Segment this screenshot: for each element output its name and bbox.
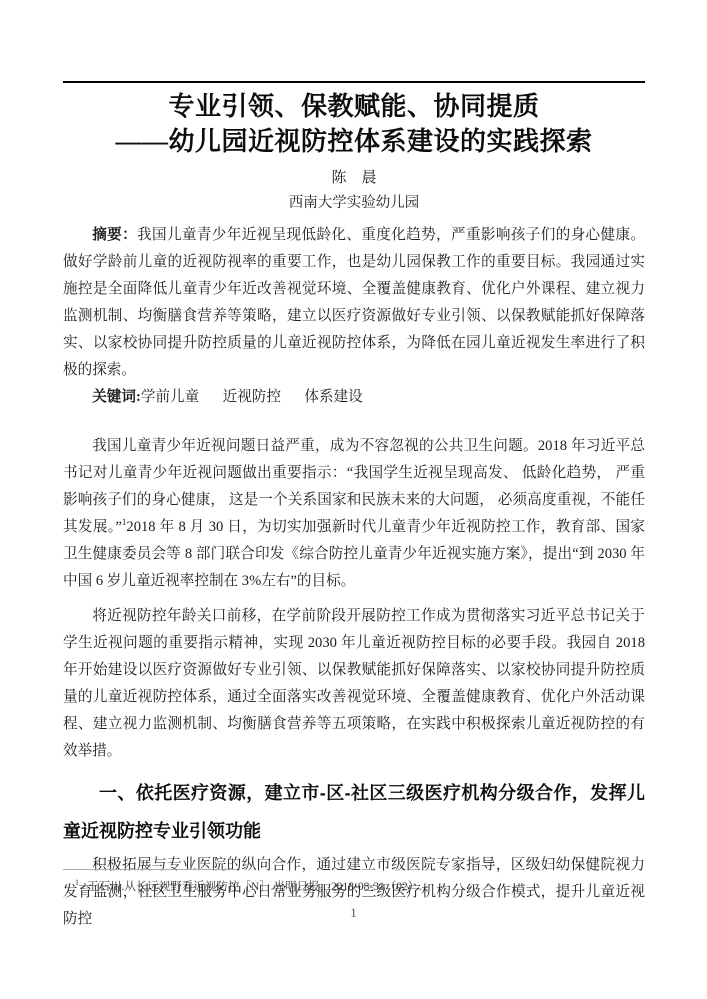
author: 陈 晨 <box>63 168 645 189</box>
abstract-text: 我国儿童青少年近视呈现低龄化、重度化趋势，严重影响孩子们的身心健康。做好学龄前儿… <box>63 227 645 378</box>
abstract-label: 摘要： <box>92 227 137 243</box>
section-1-heading: 一、依托医疗资源，建立市-区-社区三级医疗机构分级合作，发挥儿童近视防控专业引领… <box>63 774 645 850</box>
keywords-line: 关键词:学前儿童近视防控体系建设 <box>63 384 645 411</box>
keyword-item: 体系建设 <box>304 389 362 405</box>
affiliation: 西南大学实验幼儿园 <box>63 193 645 214</box>
body-paragraph-2: 将近视防控年龄关口前移，在学前阶段开展防控工作成为贯彻落实习近平总书记关于学生近… <box>63 603 645 765</box>
footnote-1: 1王石川.从长远视野看近视防控［N］.光明日报，2018-08-31（02）. <box>63 879 645 895</box>
body-paragraph-1: 我国儿童青少年近视问题日益严重，成为不容忽视的公共卫生问题。2018 年习近平总… <box>63 433 645 595</box>
keyword-item: 学前儿童 <box>141 389 199 405</box>
paragraph-1-text-b: 2018 年 8 月 30 日，为切实加强新时代儿童青少年近视防控工作，教育部、… <box>63 519 645 589</box>
keyword-item: 近视防控 <box>223 389 281 405</box>
title-line-1: 专业引领、保教赋能、协同提质 <box>168 92 539 121</box>
footnote-1-text: 王石川.从长远视野看近视防控［N］.光明日报，2018-08-31（02）. <box>87 881 422 893</box>
page-number: 1 <box>0 906 707 921</box>
keywords-label: 关键词: <box>92 389 141 405</box>
footnote-1-marker: 1 <box>75 878 79 887</box>
title-line-2: ——幼儿园近视防控体系建设的实践探索 <box>115 127 592 156</box>
footnote-area: 1王石川.从长远视野看近视防控［N］.光明日报，2018-08-31（02）. <box>63 869 645 895</box>
document-title: 专业引领、保教赋能、协同提质 ——幼儿园近视防控体系建设的实践探索 <box>63 89 645 159</box>
footnote-separator-rule <box>63 869 237 870</box>
abstract-paragraph: 摘要：我国儿童青少年近视呈现低龄化、重度化趋势，严重影响孩子们的身心健康。做好学… <box>63 222 645 384</box>
document-page: 专业引领、保教赋能、协同提质 ——幼儿园近视防控体系建设的实践探索 陈 晨 西南… <box>0 0 707 999</box>
header-rule <box>63 81 645 83</box>
